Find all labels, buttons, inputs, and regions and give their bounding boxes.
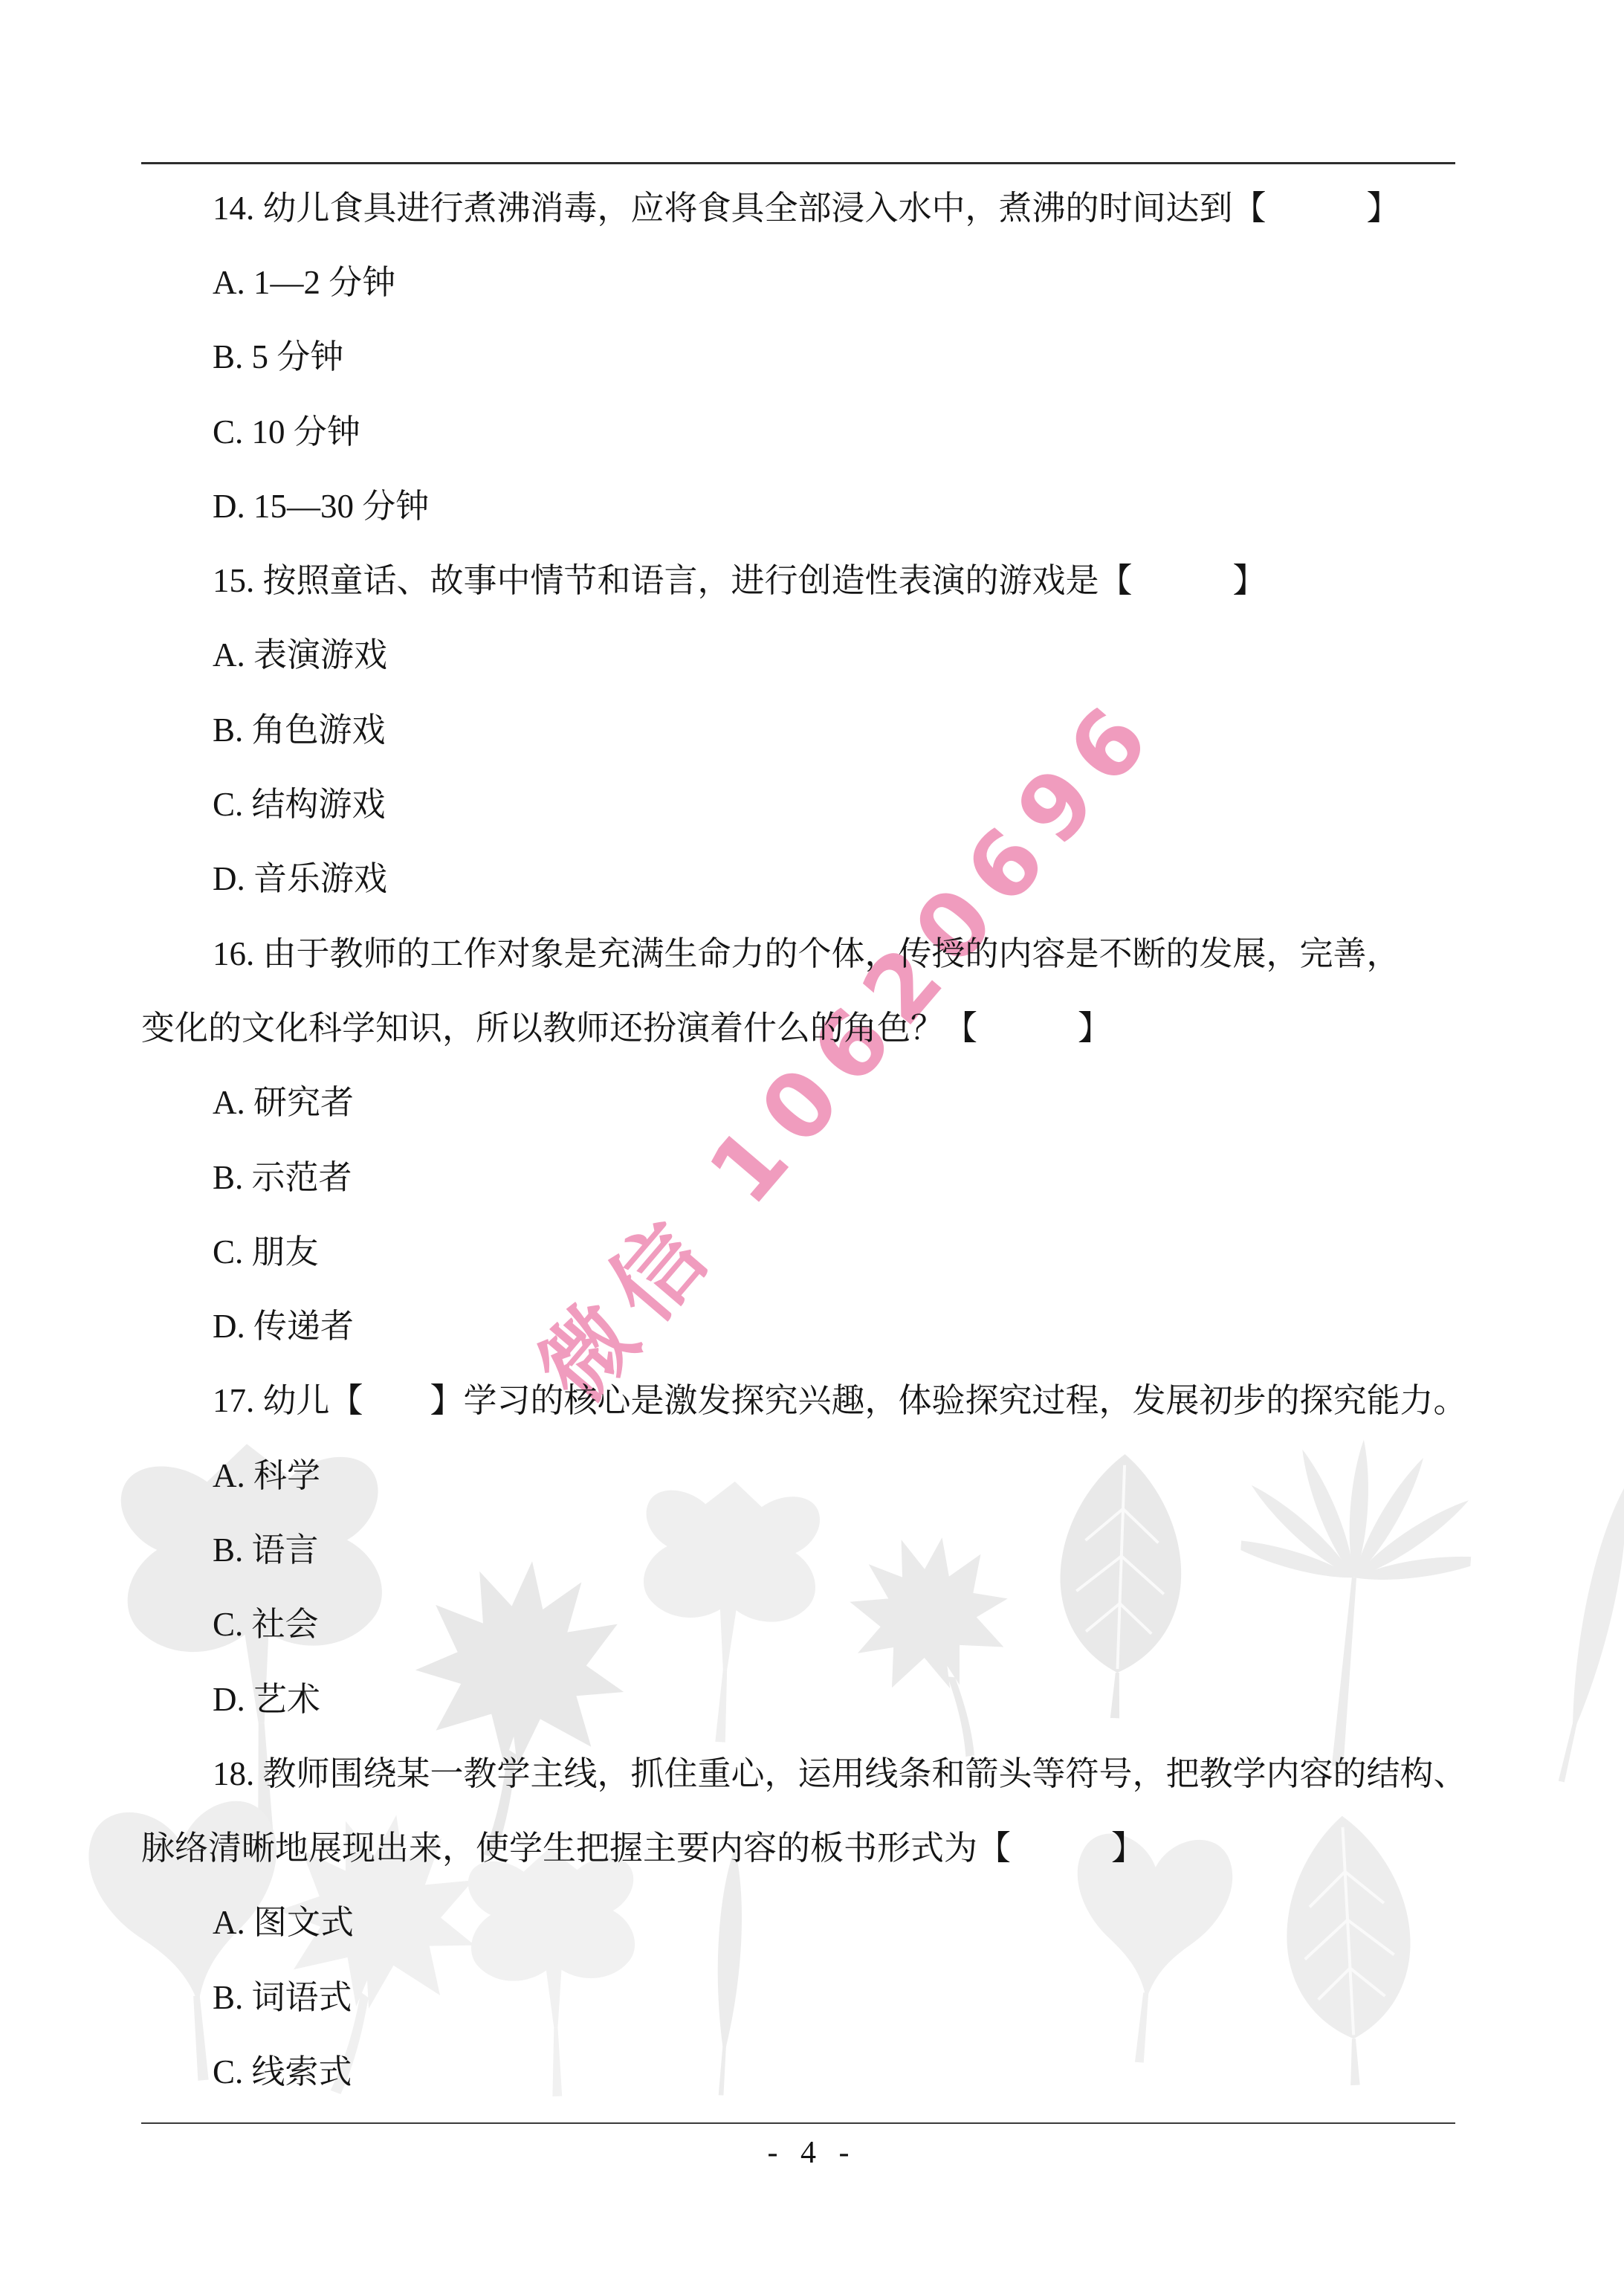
q15-option-D: D. 音乐游戏 [141, 842, 1455, 917]
q17-option-C: C. 社会 [141, 1588, 1455, 1662]
q15-line-1: 15. 按照童话、故事中情节和语言，进行创造性表演的游戏是【 】 [141, 543, 1455, 618]
q15-option-C: C. 结构游戏 [141, 767, 1455, 842]
q16-option-B: B. 示范者 [141, 1140, 1455, 1215]
q16-option-A: A. 研究者 [141, 1066, 1455, 1140]
q16-option-C: C. 朋友 [141, 1215, 1455, 1289]
q14-option-B: B. 5 分钟 [141, 320, 1455, 395]
q14-option-A: A. 1—2 分钟 [141, 245, 1455, 320]
q15-option-B: B. 角色游戏 [141, 693, 1455, 767]
q14-option-C: C. 10 分钟 [141, 395, 1455, 469]
q16-line-2: 变化的文化科学知识，所以教师还扮演着什么的角色？【 】 [141, 991, 1455, 1065]
q15-option-A: A. 表演游戏 [141, 619, 1455, 693]
q14-option-D: D. 15—30 分钟 [141, 469, 1455, 543]
q17-option-B: B. 语言 [141, 1513, 1455, 1587]
q17-line-1: 17. 幼儿【 】学习的核心是激发探究兴趣，体验探究过程，发展初步的探究能力。 [141, 1364, 1455, 1438]
q17-option-A: A. 科学 [141, 1438, 1455, 1513]
leaf-lance-icon [1515, 1441, 1624, 1822]
q18-option-B: B. 词语式 [141, 1960, 1455, 2035]
q16-option-D: D. 传递者 [141, 1289, 1455, 1363]
header-rule [141, 162, 1455, 164]
exam-page: 微信 10620696 14. 幼儿食具进行煮沸消毒，应将食具全部浸入水中，煮沸… [0, 0, 1624, 2283]
footer-rule [141, 2122, 1455, 2124]
q17-option-D: D. 艺术 [141, 1662, 1455, 1737]
q14-line-1: 14. 幼儿食具进行煮沸消毒，应将食具全部浸入水中，煮沸的时间达到【 】 [141, 171, 1455, 245]
q18-line-1: 18. 教师围绕某一教学主线，抓住重心，运用线条和箭头等符号，把教学内容的结构、 [141, 1737, 1455, 1811]
q16-line-1: 16. 由于教师的工作对象是充满生命力的个体，传授的内容是不断的发展，完善， [141, 917, 1455, 991]
q18-option-C: C. 线索式 [141, 2035, 1455, 2109]
page-number: - 4 - [0, 2135, 1624, 2171]
question-list: 14. 幼儿食具进行煮沸消毒，应将食具全部浸入水中，煮沸的时间达到【 】 A. … [141, 171, 1455, 2110]
q18-option-A: A. 图文式 [141, 1886, 1455, 1960]
q18-line-2: 脉络清晰地展现出来，使学生把握主要内容的板书形式为【 】 [141, 1812, 1455, 1886]
